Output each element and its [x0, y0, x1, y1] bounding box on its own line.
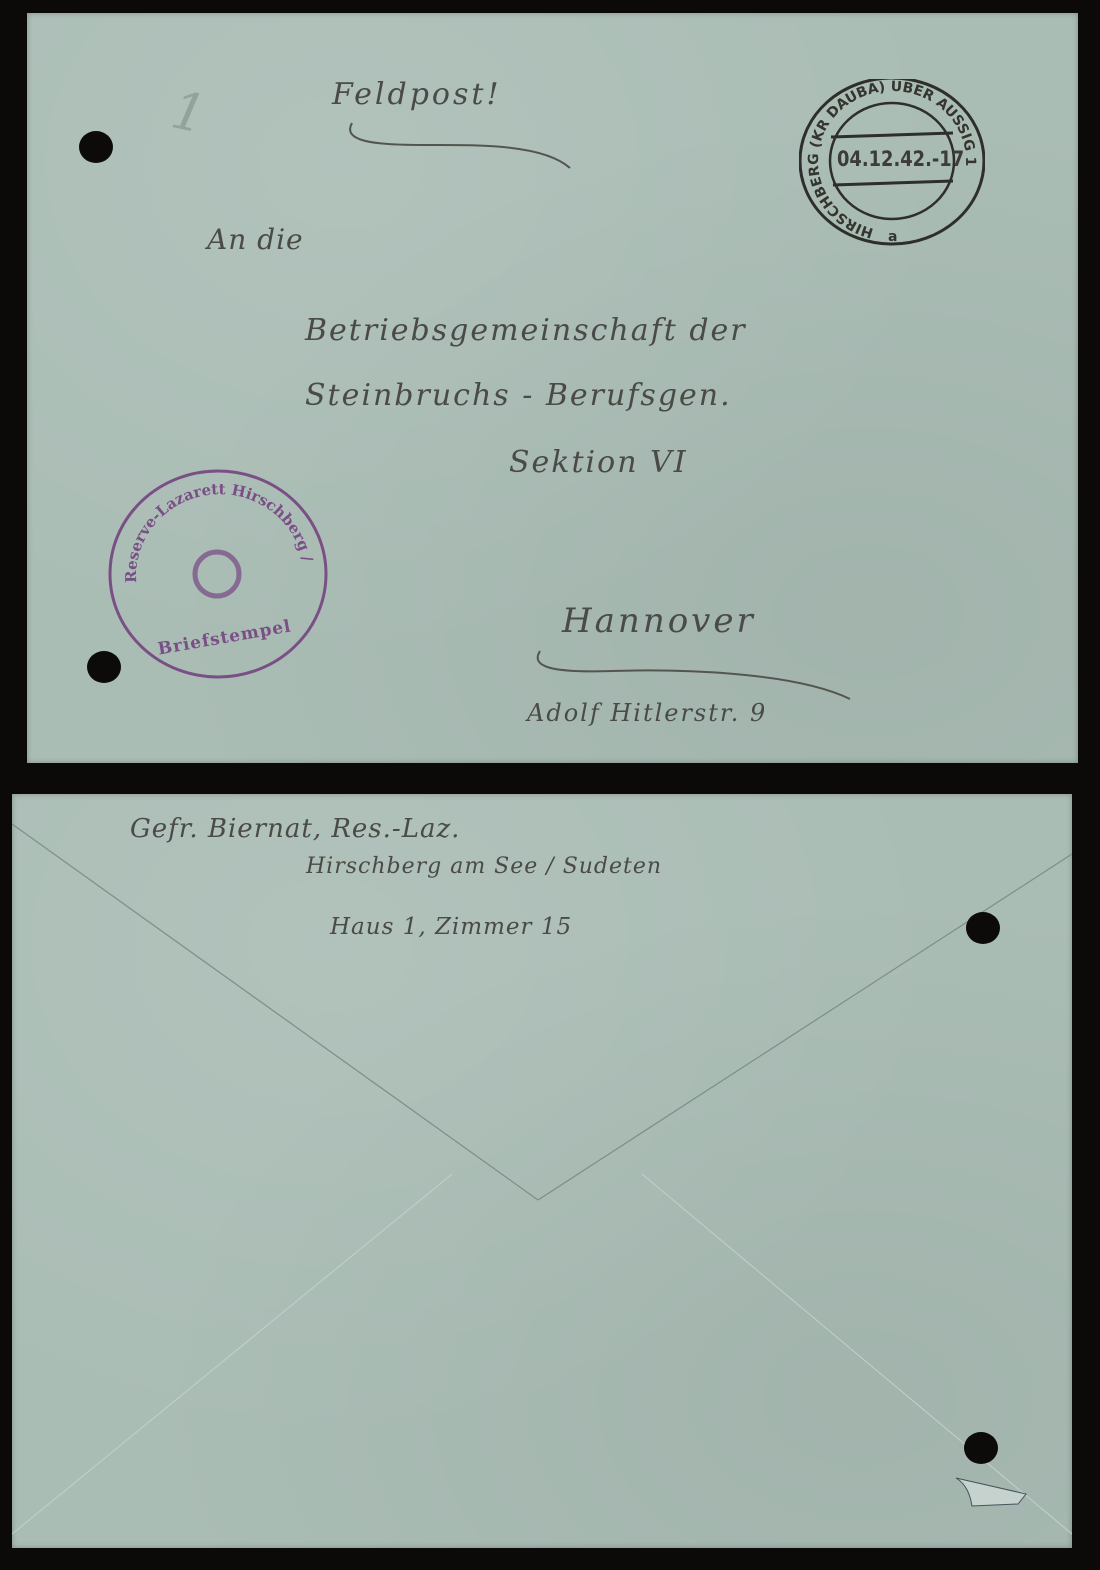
feldpost-underline: [342, 113, 582, 173]
recipient-line-2: Steinbruchs - Berufsgen.: [305, 378, 732, 413]
pencil-note: 1: [166, 80, 211, 146]
punch-hole: [966, 912, 1000, 944]
punch-hole: [964, 1432, 998, 1464]
recipient-street: Adolf Hitlerstr. 9: [527, 699, 767, 727]
salutation: An die: [207, 223, 304, 256]
postmark: HIRSCHBERG (KR DAUBA) ÜBER AUSSIG 1 a 04…: [799, 79, 985, 247]
sender-line-1: Gefr. Biernat, Res.-Laz.: [130, 814, 460, 844]
sender-line-2: Hirschberg am See / Sudeten: [306, 854, 662, 879]
feldpost-marking: Feldpost!: [332, 77, 502, 112]
postmark-letter: a: [888, 229, 897, 245]
recipient-line-1: Betriebsgemeinschaft der: [305, 313, 747, 348]
recipient-city: Hannover: [562, 601, 756, 641]
punch-hole: [79, 131, 113, 163]
envelope-back: Gefr. Biernat, Res.-Laz. Hirschberg am S…: [12, 794, 1072, 1548]
envelope-flap-lines: [12, 794, 1072, 1548]
city-underline: [532, 643, 862, 703]
postmark-date: 04.12.42.-17: [837, 147, 964, 171]
unit-stamp: Reserve-Lazarett Hirschberg / See Briefs…: [107, 468, 329, 680]
svg-text:Reserve-Lazarett Hirschberg /: Reserve-Lazarett Hirschberg / See: [107, 468, 317, 583]
sender-line-3: Haus 1, Zimmer 15: [330, 914, 572, 940]
recipient-line-3: Sektion VI: [509, 445, 688, 480]
corner-tear: [952, 1474, 1032, 1514]
envelope-front: 1 Feldpost! An die Betriebsgemeinschaft …: [27, 13, 1078, 763]
